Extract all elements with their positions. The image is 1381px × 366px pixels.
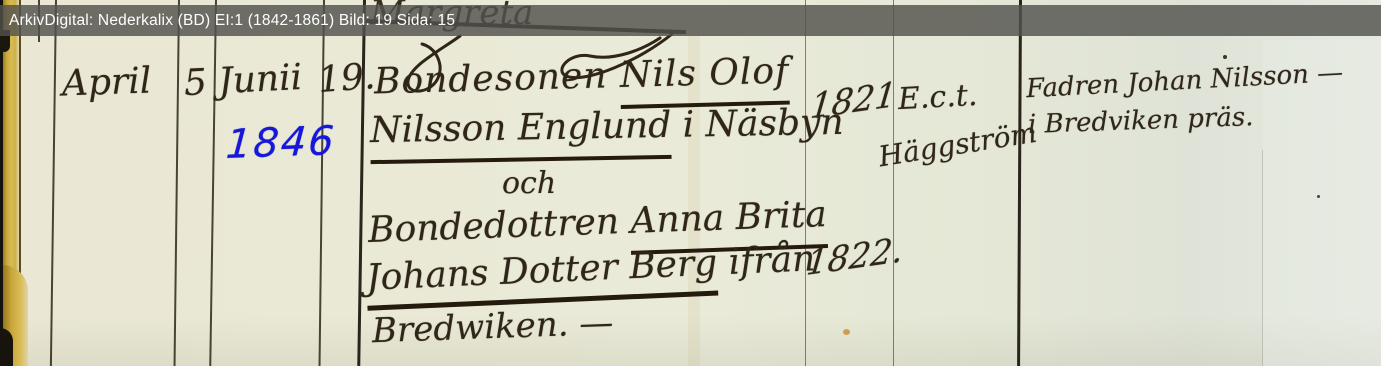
paper-crease-line [1262,150,1263,366]
bride-line-2: Johans Dotter Berg ifrån [365,240,816,297]
month-cell: April [61,62,152,103]
groom-birth-year: 1821 [808,78,898,127]
paper-stain [843,329,850,335]
table-column-line [805,0,806,366]
header-bar: ArkivDigital: Nederkalix (BD) EI:1 (1842… [0,5,1381,36]
paper-speck [1223,55,1227,59]
table-column-line [893,0,894,366]
header-title: ArkivDigital: Nederkalix (BD) EI:1 (1842… [0,12,455,30]
officiant-initials: E.c.t. [897,80,978,116]
residence-line: Bredwiken. — [371,306,613,350]
conjunction-och: och [502,168,556,200]
table-column-line [1017,0,1022,366]
added-year-annotation: 1846 [225,120,338,166]
consent-line-2: i Bredviken präs. [1028,104,1254,139]
binding-edge [0,0,3,366]
table-column-line [209,0,217,366]
table-column-line [50,0,57,366]
date-cell: 5 Junii [183,59,303,103]
table-column-line [174,0,180,366]
groom-line-2: Nilsson Englund i Näsbyn [370,104,844,150]
groom-line-1: Bondesonen Nils Olof [374,53,790,102]
table-column-line [357,0,366,366]
paper-speck [1317,195,1320,198]
binding-shadow-bottom [0,328,13,366]
arkivdigital-viewer: Margreta April 5 Junii 19. 1846 Bondeson… [0,0,1381,366]
table-column-line [319,0,325,366]
officiant-name: Häggström [877,118,1039,172]
entry-number-cell: 19. [317,58,377,100]
document-scan[interactable]: Margreta April 5 Junii 19. 1846 Bondeson… [0,0,1381,366]
